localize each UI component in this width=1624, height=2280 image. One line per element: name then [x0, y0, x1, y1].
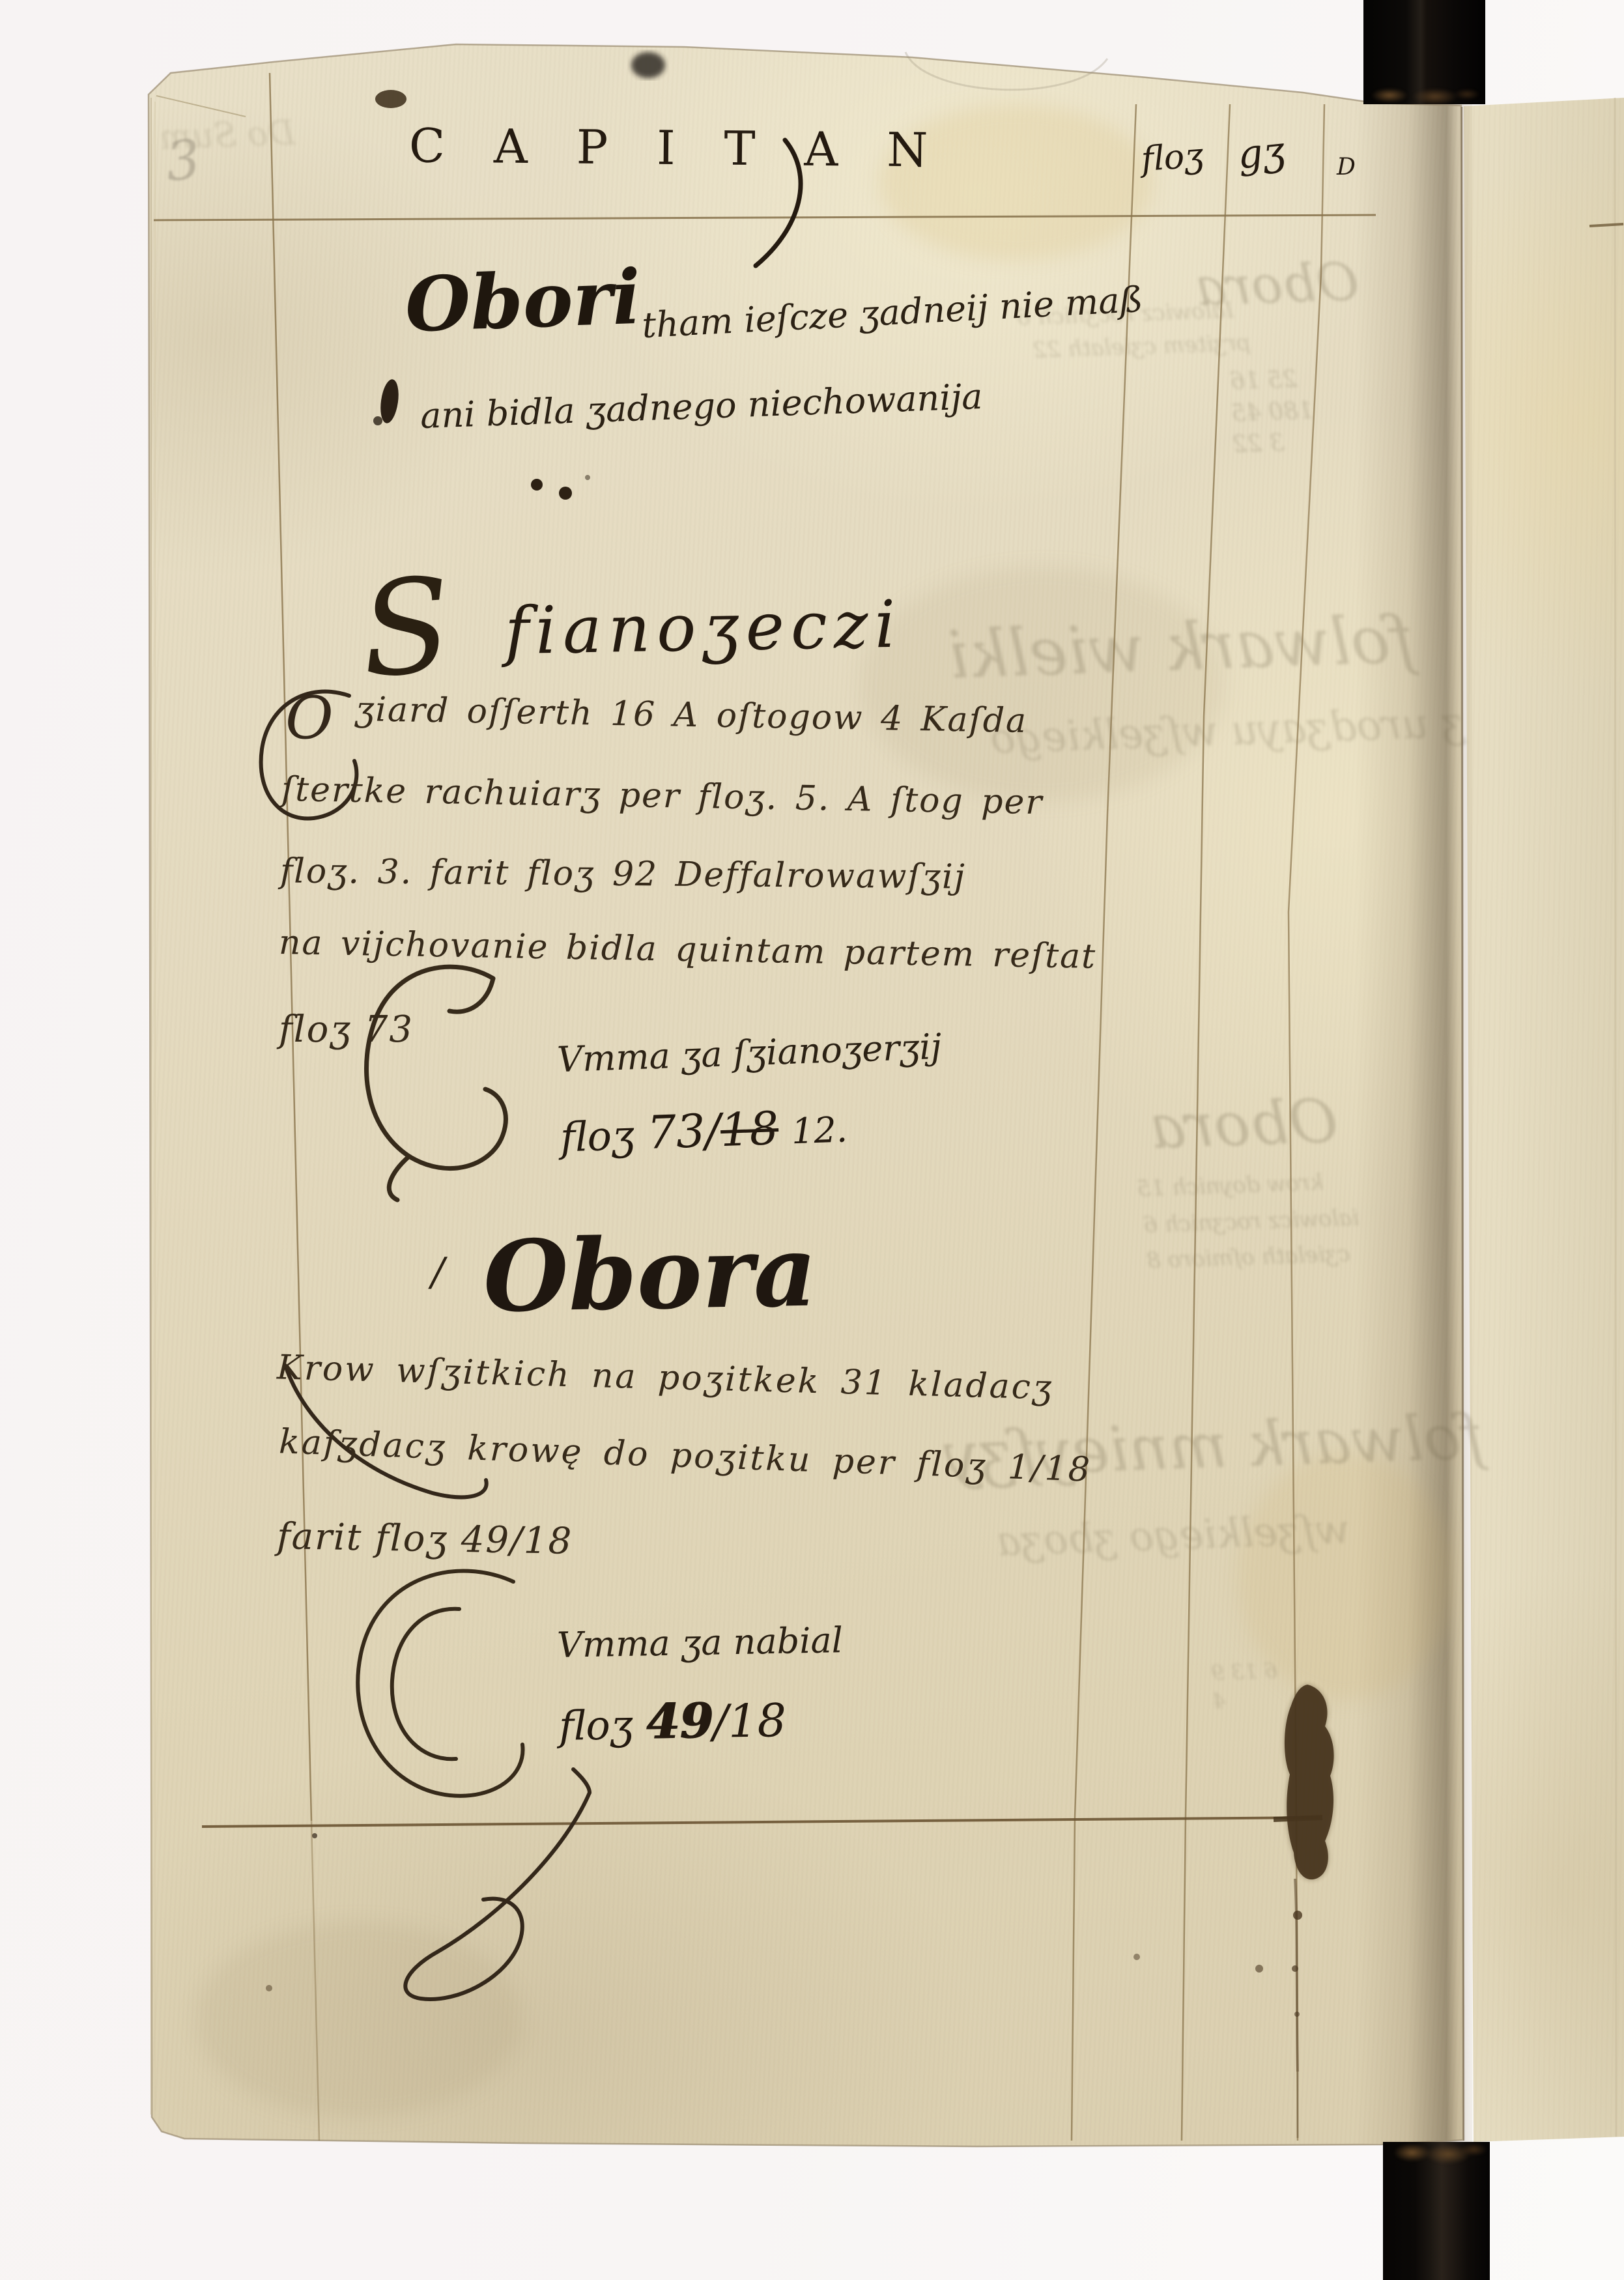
amount-number-heavy: 49	[646, 1693, 713, 1750]
hay-paragraph-line: floʒ. 3. farit floʒ 92 Deffalrowawſʒij	[280, 851, 966, 896]
paper-stain	[195, 1922, 521, 2117]
obora-heading-tick: /	[431, 1249, 444, 1295]
corrected-amount: 12.	[791, 1109, 848, 1152]
ghost-showthrough-numbers: 6 13 9 4	[1211, 1657, 1291, 1716]
currency-label: floʒ	[560, 1111, 635, 1161]
struck-amount: 18	[720, 1102, 780, 1157]
amount-number: /18	[713, 1694, 787, 1748]
hay-paragraph-line: floʒ 73	[279, 1008, 414, 1051]
hay-heading: fianoʒeczi	[504, 586, 902, 670]
ghost-showthrough-numbers: 25 16 180 45 3 22	[1230, 363, 1331, 461]
binding-tape-fringe	[1367, 82, 1481, 104]
column-header-denar: D	[1337, 154, 1356, 180]
obora-paragraph-line: farit floʒ 49/18	[276, 1515, 573, 1563]
binding-tape-fringe	[1386, 2141, 1489, 2171]
obora-heading: Obora	[483, 1214, 818, 1335]
currency-label: floʒ	[558, 1701, 633, 1750]
ghost-showthrough-title: Obora	[1148, 1086, 1339, 1162]
dairy-summa-label: Vmma ʒa nabial	[556, 1619, 843, 1666]
column-header-gr: gʒ	[1236, 128, 1287, 178]
hay-summa-amount: floʒ 73/18 12.	[560, 1099, 848, 1162]
obori-note-word: Obori	[404, 253, 642, 350]
ghost-showthrough-heading: folwark wielki	[947, 601, 1416, 694]
header-title: C A P I T A N	[409, 118, 945, 177]
scanner-background: Do Sum Obora Ialowicz rocʒnich 6 prʒitem…	[0, 0, 1624, 2280]
column-header-flor: floʒ	[1140, 136, 1204, 180]
amount-number: 73/	[646, 1104, 721, 1160]
page-gutter-shadow	[1355, 103, 1472, 2143]
hay-paragraph-initial: O	[285, 684, 334, 752]
dairy-summa-amount: floʒ 49/18	[558, 1692, 786, 1752]
hay-heading-initial: S	[356, 550, 456, 707]
page-corner-number: 3	[163, 129, 203, 194]
